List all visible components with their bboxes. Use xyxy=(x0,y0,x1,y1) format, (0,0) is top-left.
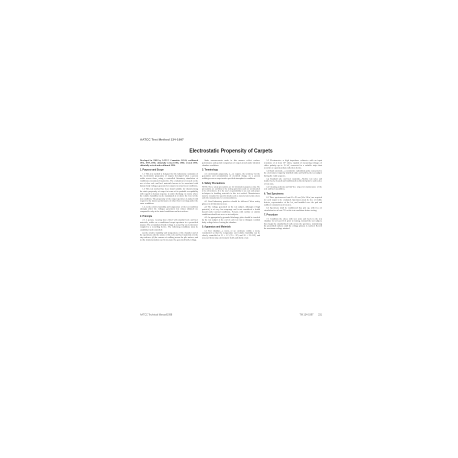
paragraph: 1.1 This test method is designed for the… xyxy=(140,173,198,188)
safety-note: NOTE: These safety precautions are for i… xyxy=(202,186,260,200)
text-column-3: 5.2 Electrometer—a high impedance voltme… xyxy=(264,159,322,242)
section-heading: 3. Terminology xyxy=(202,169,260,172)
footer-method-number: TM 134-1997 xyxy=(300,314,314,316)
manual-page: AATCC Test Method 134-1997 Electrostatic… xyxy=(0,0,458,458)
paragraph: 5.5 Cleaning solvents and lint-free wipe… xyxy=(264,186,322,191)
section-heading: 7. Procedure xyxy=(264,214,322,217)
paragraph: 3.1 electrostatic propensity, n.—in carp… xyxy=(202,173,260,180)
footer-manual-name: AATCC Technical Manual/1998 xyxy=(140,314,172,316)
paragraph: 5.3 Hand electrode—a conductive cylindri… xyxy=(264,170,322,177)
paragraph: 1.2 This test method has been found suit… xyxy=(140,188,198,205)
paragraph: (a) the relative humidity and temperatur… xyxy=(140,232,198,242)
history-note: Developed in 1969 by AATCC Committee RA3… xyxy=(140,159,198,166)
paragraph: 6.2 Specimens shall be conditioned flat,… xyxy=(264,207,322,212)
text-columns: Developed in 1969 by AATCC Committee RA3… xyxy=(140,159,322,242)
section-heading: 2. Principle xyxy=(140,215,198,218)
paragraph: Static measurements made in this manner … xyxy=(202,159,260,166)
paragraph: 6.1 Three specimens at least 61 x 91 cm … xyxy=(264,196,322,206)
section-heading: 6. Test Specimens xyxy=(264,193,322,196)
paragraph: 4.3 An appropriately grounded discharge … xyxy=(202,216,260,223)
paragraph: 1.3 As the relative humidity and tempera… xyxy=(140,206,198,213)
method-number-header: AATCC Test Method 134-1997 xyxy=(140,138,322,141)
paragraph: 5.1 Test chamber—a room, or an enclosure… xyxy=(202,230,260,240)
footer-right-group: TM 134-1997 231 xyxy=(300,314,322,316)
section-heading: 5. Apparatus and Materials xyxy=(202,226,260,229)
text-column-1: Developed in 1969 by AATCC Committee RA3… xyxy=(140,159,198,242)
section-heading: 4. Safety Precautions xyxy=(202,182,260,185)
page-content: AATCC Test Method 134-1997 Electrostatic… xyxy=(140,138,322,324)
paragraph: 4.2 The voltage generated on the test su… xyxy=(202,206,260,216)
page-footer: AATCC Technical Manual/1998 TM 134-1997 … xyxy=(140,314,322,316)
footer-page-number: 231 xyxy=(318,314,322,316)
paragraph: 4.1 Good laboratory practices should be … xyxy=(202,200,260,205)
paragraph: 2.1 A person, wearing shoes fitted with … xyxy=(140,219,198,231)
paragraph: 7.1 Condition the shoes with test soles … xyxy=(264,218,322,230)
text-column-2: Static measurements made in this manner … xyxy=(202,159,260,242)
page-title: Electrostatic Propensity of Carpets xyxy=(140,148,322,154)
section-heading: 1. Purpose and Scope xyxy=(140,169,198,172)
page-content-inner: AATCC Test Method 134-1997 Electrostatic… xyxy=(140,138,322,324)
paragraph: 5.2 Electrometer—a high impedance voltme… xyxy=(264,159,322,169)
paragraph: 5.4 Standard sole and heel materials—Neo… xyxy=(264,178,322,185)
